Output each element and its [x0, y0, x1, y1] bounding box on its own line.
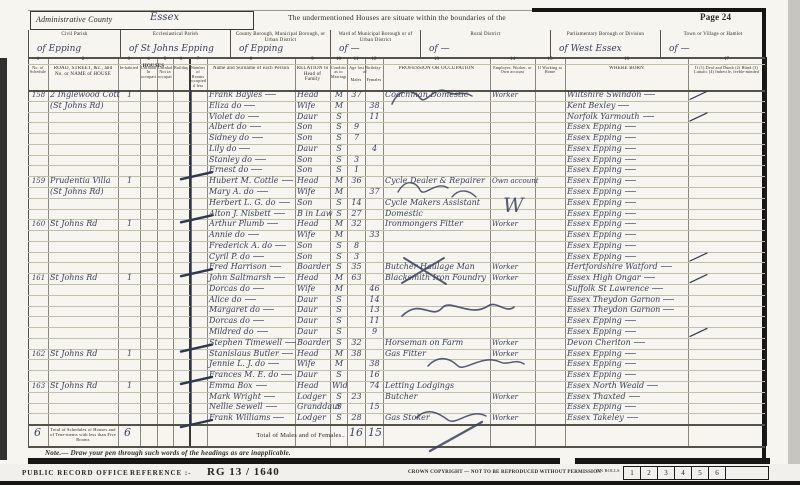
- column-number: 17: [688, 57, 765, 64]
- relation: Lodger: [297, 413, 329, 423]
- person-name: Cyril P. do: [209, 252, 294, 262]
- column-number: 14: [490, 57, 535, 64]
- relation: Daur: [297, 305, 329, 315]
- relation: Son: [297, 155, 329, 165]
- birthplace: Essex Epping: [567, 122, 687, 132]
- column-header: Number of Rooms occupied if less than Fi…: [190, 66, 206, 88]
- column-header: Condition as to Marriage: [331, 66, 346, 88]
- age-female: 9: [367, 327, 382, 337]
- occupation: Cycle Makers Assistant: [385, 198, 489, 208]
- occupation: Butcher: [385, 392, 489, 402]
- marital-condition: Wid: [332, 381, 346, 391]
- person-name: Hubert M. Cottle: [209, 176, 294, 186]
- table-row: Dorcas doDaurS11Essex Epping: [0, 316, 800, 327]
- column-header: Males: [348, 78, 364, 88]
- district-label: Rural District: [422, 32, 549, 38]
- marital-condition: S: [332, 165, 346, 175]
- person-name: Alice do: [209, 295, 294, 305]
- employer-status: Worker: [492, 90, 534, 100]
- age-female: 4: [367, 144, 382, 154]
- footer-on-rolls: ON ROLLS: [596, 468, 620, 473]
- relation: B in Law: [297, 209, 329, 219]
- relation: Daur: [297, 316, 329, 326]
- column-number: 6: [173, 57, 189, 64]
- address: St Johns Rd: [50, 273, 117, 283]
- district-value: of Epping: [239, 44, 283, 54]
- houses-inhabited: 1: [120, 381, 139, 391]
- district-value: of West Essex: [559, 44, 622, 54]
- birthplace: Essex Epping: [567, 230, 687, 240]
- column-number: 15: [535, 57, 565, 64]
- column-number: 4: [140, 57, 157, 64]
- district-label: Town or Village or Hamlet: [662, 32, 764, 38]
- occupation: Letting Lodgings: [385, 381, 489, 391]
- relation: Daur: [297, 112, 329, 122]
- employer-status: Worker: [492, 413, 534, 423]
- scan-bottom-edge: [0, 481, 800, 485]
- relation: Son: [297, 252, 329, 262]
- district-value: of —: [339, 44, 360, 54]
- birthplace: Essex Epping: [567, 155, 687, 165]
- table-row: 1582 Inglewood Cott1Frank BaylesHeadM37C…: [0, 90, 800, 101]
- person-name: Jennie L. J. do: [209, 359, 294, 369]
- district-box: Ecclesiastical Parish of St Johns Epping: [120, 30, 231, 57]
- relation: Son: [297, 198, 329, 208]
- district-box: Town or Village or Hamlet of —: [660, 30, 766, 57]
- houses-group-label: HOUSES: [118, 64, 189, 70]
- birthplace: Kent Bexley: [567, 101, 687, 111]
- column-header: RELATION to Head of Family: [296, 66, 329, 88]
- occupation: Butcher Haulage Man: [385, 262, 489, 272]
- relation: Wife: [297, 359, 329, 369]
- houses-inhabited: 1: [120, 219, 139, 229]
- age-female: 38: [367, 101, 382, 111]
- birthplace: Essex Theydon Garnon: [567, 295, 687, 305]
- table-row: Jennie L. J. doWifeM38Essex Epping: [0, 359, 800, 370]
- employer-status: Worker: [492, 273, 534, 283]
- district-label: Ecclesiastical Parish: [122, 32, 229, 38]
- relation: Boarder: [297, 262, 329, 272]
- person-name: Mary A. do: [209, 187, 294, 197]
- relation: Daur: [297, 295, 329, 305]
- occupation: Domestic: [385, 209, 489, 219]
- person-name: Stephen Timewell: [209, 338, 294, 348]
- age-female: 14: [367, 295, 382, 305]
- total-males-females-label: Total of Males and of Females..: [210, 432, 345, 439]
- relation: Head: [297, 349, 329, 359]
- birthplace: Wiltshire Swindon: [567, 90, 687, 100]
- employer-status: Own account: [492, 176, 534, 186]
- person-name: Alton J. Nisbett: [209, 209, 294, 219]
- marital-condition: S: [332, 305, 346, 315]
- district-value: of St Johns Epping: [129, 44, 214, 54]
- marital-condition: M: [332, 273, 346, 283]
- table-row: Herbert L. G. doSonS14Cycle Makers Assis…: [0, 198, 800, 209]
- marital-condition: M: [332, 101, 346, 111]
- schedule-number: 159: [30, 176, 47, 186]
- birthplace: Essex Epping: [567, 176, 687, 186]
- relation: Wife: [297, 187, 329, 197]
- person-name: Frank Bayles: [209, 90, 294, 100]
- age-female: 46: [367, 284, 382, 294]
- roll-number-cell: [725, 466, 769, 480]
- table-row: Cyril P. doSonS3Essex Epping: [0, 252, 800, 263]
- marital-condition: S: [332, 155, 346, 165]
- table-row: Frederick A. doSonS8Essex Epping: [0, 241, 800, 252]
- person-name: Nellie Sewell: [209, 402, 294, 412]
- table-row: Stephen TimewellBoarderS32Horseman on Fa…: [0, 338, 800, 349]
- age-female: 37: [367, 187, 382, 197]
- marital-condition: M: [332, 349, 346, 359]
- person-name: John Saltmarsh: [209, 273, 294, 283]
- relation: Head: [297, 381, 329, 391]
- district-box: Parliamentary Borough or Division of Wes…: [550, 30, 661, 57]
- occupation: Gas Stoker: [385, 413, 489, 423]
- birthplace: Essex Epping: [567, 316, 687, 326]
- person-name: Mildred do: [209, 327, 294, 337]
- district-box: Rural District of —: [420, 30, 551, 57]
- census-scan-page: { "page_header": { "admin_county_label":…: [0, 0, 800, 485]
- column-header: No. of Schedule: [29, 66, 47, 88]
- age-male: 14: [349, 198, 364, 208]
- marital-condition: S: [332, 133, 346, 143]
- column-header: ROAD, STREET, &c., and No. or NAME of HO…: [49, 66, 117, 88]
- table-row: Fred HarrisonBoarderS35Butcher Haulage M…: [0, 262, 800, 273]
- marital-condition: S: [332, 112, 346, 122]
- age-male: 27: [349, 209, 364, 219]
- marital-condition: S: [332, 402, 346, 412]
- marital-condition: S: [332, 144, 346, 154]
- houses-inhabited: 1: [120, 273, 139, 283]
- column-header: Name and Surname of each Person: [208, 66, 294, 88]
- address: St Johns Rd: [50, 381, 117, 391]
- marital-condition: S: [332, 262, 346, 272]
- rule-line: [28, 424, 765, 426]
- column-number: 7: [189, 57, 207, 64]
- age-female: 74: [367, 381, 382, 391]
- marital-condition: M: [332, 187, 346, 197]
- table-row: 161St Johns Rd1John SaltmarshHeadM63Blac…: [0, 273, 800, 284]
- age-male: 35: [349, 262, 364, 272]
- occupation: Gas Fitter: [385, 349, 489, 359]
- total-males-value: 16: [349, 428, 363, 438]
- person-name: Margaret do: [209, 305, 294, 315]
- birthplace: Essex Epping: [567, 252, 687, 262]
- birthplace: Essex Epping: [567, 219, 687, 229]
- column-number: 5: [157, 57, 173, 64]
- age-female: 38: [367, 359, 382, 369]
- person-name: Stanislaus Butler: [209, 349, 294, 359]
- marital-condition: S: [332, 295, 346, 305]
- district-label: Ward of Municipal Borough or of Urban Di…: [332, 32, 419, 43]
- employer-status: Worker: [492, 349, 534, 359]
- marital-condition: S: [332, 209, 346, 219]
- column-header: PROFESSION OR OCCUPATION: [384, 66, 489, 88]
- column-number: 9: [295, 57, 330, 64]
- person-name: Herbert L. G. do: [209, 198, 294, 208]
- person-name: Dorcas do: [209, 284, 294, 294]
- age-male: 7: [349, 133, 364, 143]
- birthplace: Hertfordshire Watford: [567, 262, 687, 272]
- person-name: Stanley do: [209, 155, 294, 165]
- district-label: Parliamentary Borough or Division: [552, 32, 659, 38]
- table-row: (St Johns Rd)Eliza doWifeM38Kent Bexley: [0, 101, 800, 112]
- address: St Johns Rd: [50, 219, 117, 229]
- houses-inhabited: 1: [120, 176, 139, 186]
- table-row: Sidney doSonS7Essex Epping: [0, 133, 800, 144]
- table-row: Alton J. NisbettB in LawS27DomesticEssex…: [0, 209, 800, 220]
- occupation: Horseman on Farm: [385, 338, 489, 348]
- person-name: Frank Williams: [209, 413, 294, 423]
- column-number: 16: [565, 57, 688, 64]
- address: St Johns Rd: [50, 349, 117, 359]
- age-female: 16: [367, 370, 382, 380]
- roll-number-cell: 3: [657, 466, 675, 480]
- person-name: Annie do: [209, 230, 294, 240]
- address: (St Johns Rd): [50, 187, 117, 197]
- birthplace: Essex Epping: [567, 359, 687, 369]
- microfilm-footer: PUBLIC RECORD OFFICE REFERENCE :- RG 13 …: [0, 464, 800, 481]
- houses-inhabited: 1: [120, 349, 139, 359]
- form-note: Note.— Draw your pen through such words …: [45, 449, 291, 457]
- relation: Head: [297, 90, 329, 100]
- marital-condition: S: [332, 370, 346, 380]
- table-row: Frank WilliamsLodgerS28Gas StokerWorkerE…: [0, 413, 800, 424]
- relation: Daur: [297, 370, 329, 380]
- footer-reference: RG 13 / 1640: [207, 466, 280, 478]
- marital-condition: M: [332, 90, 346, 100]
- column-number: 12: [365, 57, 383, 64]
- marital-condition: S: [332, 198, 346, 208]
- person-name: Frances M. E. do: [209, 370, 294, 380]
- age-female: 33: [367, 230, 382, 240]
- district-label: County Borough, Municipal Borough, or Ur…: [232, 32, 329, 43]
- birthplace: Suffolk St Lawrence: [567, 284, 687, 294]
- birthplace: Essex Epping: [567, 209, 687, 219]
- footer-reference-label: REFERENCE :-: [130, 469, 192, 477]
- age-male: 32: [349, 219, 364, 229]
- relation: Daur: [297, 144, 329, 154]
- person-name: Sidney do: [209, 133, 294, 143]
- table-row: Mildred doDaurS9Essex Epping: [0, 327, 800, 338]
- relation: Head: [297, 273, 329, 283]
- age-male: 32: [349, 338, 364, 348]
- occupation: Coachman Domestic: [385, 90, 489, 100]
- birthplace: Essex Epping: [567, 349, 687, 359]
- column-number: 8: [207, 57, 295, 64]
- occupation: Blacksmith Iron Foundry: [385, 273, 489, 283]
- age-male: 28: [349, 413, 364, 423]
- roll-number-cell: 6: [708, 466, 726, 480]
- column-header: If (1) Deaf and Dumb (2) Blind (3) Lunat…: [689, 66, 764, 88]
- marital-condition: S: [332, 316, 346, 326]
- column-header: Females: [366, 78, 382, 88]
- table-row: Albert doSonS9Essex Epping: [0, 122, 800, 133]
- district-box: Civil Parish of Epping: [28, 30, 121, 57]
- relation: Wife: [297, 284, 329, 294]
- marital-condition: S: [332, 252, 346, 262]
- birthplace: Essex Theydon Garnon: [567, 305, 687, 315]
- birthplace: Essex Epping: [567, 187, 687, 197]
- column-number: 2: [48, 57, 118, 64]
- person-name: Frederick A. do: [209, 241, 294, 251]
- district-box: County Borough, Municipal Borough, or Ur…: [230, 30, 331, 57]
- undermentioned-text: The undermentioned Houses are situate wi…: [288, 13, 506, 22]
- column-number: 13: [383, 57, 490, 64]
- occupation: Cycle Dealer & Repairer: [385, 176, 489, 186]
- marital-condition: M: [332, 219, 346, 229]
- address: Prudentia Villa: [50, 176, 117, 186]
- employer-status: Worker: [492, 262, 534, 272]
- birthplace: Essex High Ongar: [567, 273, 687, 283]
- roll-number-cell: 2: [640, 466, 658, 480]
- table-row: Alice doDaurS14Essex Theydon Garnon: [0, 295, 800, 306]
- table-row: (St Johns Rd)Mary A. doWifeM37Essex Eppi…: [0, 187, 800, 198]
- relation: Daur: [297, 327, 329, 337]
- column-number: 11: [347, 57, 365, 64]
- schedule-number: 163: [30, 381, 47, 391]
- person-name: Violet do: [209, 112, 294, 122]
- district-value: of —: [429, 44, 450, 54]
- marital-condition: S: [332, 392, 346, 402]
- employer-status: Worker: [492, 338, 534, 348]
- age-female: 11: [367, 112, 382, 122]
- birthplace: Essex Epping: [567, 133, 687, 143]
- address: (St Johns Rd): [50, 101, 117, 111]
- age-male: 9: [349, 122, 364, 132]
- birthplace: Essex Takeley: [567, 413, 687, 423]
- column-header: WHERE BORN: [566, 66, 687, 88]
- birthplace: Essex Epping: [567, 198, 687, 208]
- column-number: 10: [330, 57, 347, 64]
- column-header: If Working at Home: [536, 66, 564, 88]
- table-row: 162St Johns Rd1Stanislaus ButlerHeadM38G…: [0, 349, 800, 360]
- person-name: Fred Harrison: [209, 262, 294, 272]
- table-row: 160St Johns Rd1Arthur PlumbHeadM32Ironmo…: [0, 219, 800, 230]
- admin-county-value: Essex: [150, 13, 179, 23]
- age-male: 3: [349, 252, 364, 262]
- person-name: Ernest do: [209, 165, 294, 175]
- schedule-number: 158: [30, 90, 47, 100]
- employer-status: Worker: [492, 219, 534, 229]
- age-male: 36: [349, 176, 364, 186]
- age-male: 63: [349, 273, 364, 283]
- person-name: Arthur Plumb: [209, 219, 294, 229]
- age-male: 37: [349, 90, 364, 100]
- age-group-label: Age last Birthday of: [347, 66, 383, 75]
- page-number: Page 24: [700, 12, 731, 22]
- table-row: Violet doDaurS11Norfolk Yarmouth: [0, 112, 800, 123]
- person-name: Mark Wright: [209, 392, 294, 402]
- birthplace: Essex North Weald: [567, 381, 687, 391]
- birthplace: Norfolk Yarmouth: [567, 112, 687, 122]
- table-row: 159Prudentia Villa1Hubert M. CottleHeadM…: [0, 176, 800, 187]
- marital-condition: S: [332, 338, 346, 348]
- houses-inhabited: 1: [120, 90, 139, 100]
- table-row: Frances M. E. doDaurS16Essex Epping: [0, 370, 800, 381]
- marital-condition: S: [332, 241, 346, 251]
- relation: Son: [297, 165, 329, 175]
- marital-condition: S: [332, 327, 346, 337]
- age-female: 13: [367, 305, 382, 315]
- age-male: 8: [349, 241, 364, 251]
- relation: Son: [297, 133, 329, 143]
- relation: Head: [297, 176, 329, 186]
- roll-number-cell: 5: [691, 466, 709, 480]
- birthplace: Essex Epping: [567, 327, 687, 337]
- age-female: 15: [367, 402, 382, 412]
- roll-number-cell: 4: [674, 466, 692, 480]
- district-box: Ward of Municipal Borough or of Urban Di…: [330, 30, 421, 57]
- table-row: Stanley doSonS3Essex Epping: [0, 155, 800, 166]
- person-name: Lily do: [209, 144, 294, 154]
- table-row: Nellie SewellGranddaurS15Essex Epping: [0, 402, 800, 413]
- marital-condition: M: [332, 176, 346, 186]
- occupation: Ironmongers Fitter: [385, 219, 489, 229]
- district-label: Civil Parish: [30, 32, 119, 38]
- marital-condition: S: [332, 122, 346, 132]
- age-male: 23: [349, 392, 364, 402]
- table-row: Dorcas doWifeM46Suffolk St Lawrence: [0, 284, 800, 295]
- column-header: Employer, Worker, or Own account: [491, 66, 534, 88]
- birthplace: Essex Epping: [567, 370, 687, 380]
- address: 2 Inglewood Cott: [50, 90, 117, 100]
- relation: Lodger: [297, 392, 329, 402]
- table-row: Mark WrightLodgerS23ButcherWorkerEssex T…: [0, 392, 800, 403]
- birthplace: Essex Thaxted: [567, 392, 687, 402]
- district-value: of —: [669, 44, 690, 54]
- total-females-value: 15: [368, 428, 382, 438]
- birthplace: Essex Epping: [567, 144, 687, 154]
- marital-condition: M: [332, 230, 346, 240]
- total-schedules-label: Total of Schedules of Houses and of Tene…: [50, 427, 116, 442]
- roll-number-cell: 1: [623, 466, 641, 480]
- person-name: Albert do: [209, 122, 294, 132]
- age-male: 3: [349, 155, 364, 165]
- relation: Granddaur: [297, 402, 329, 412]
- age-male: 38: [349, 349, 364, 359]
- birthplace: Essex Epping: [567, 402, 687, 412]
- admin-county-label: Administrative County: [36, 15, 112, 24]
- relation: Son: [297, 122, 329, 132]
- marital-condition: S: [332, 413, 346, 423]
- relation: Son: [297, 241, 329, 251]
- relation: Wife: [297, 101, 329, 111]
- birthplace: Essex Epping: [567, 165, 687, 175]
- footer-copyright: CROWN COPYRIGHT — NOT TO BE REPRODUCED W…: [408, 470, 601, 475]
- birthplace: Essex Epping: [567, 241, 687, 251]
- schedule-number: 160: [30, 219, 47, 229]
- footer-office: PUBLIC RECORD OFFICE: [22, 469, 129, 477]
- marital-condition: M: [332, 359, 346, 369]
- rule-line: [28, 446, 765, 448]
- column-number: 3: [118, 57, 140, 64]
- person-name: Emma Box: [209, 381, 294, 391]
- table-row: Margaret doDaurS13Essex Theydon Garnon: [0, 305, 800, 316]
- relation: Wife: [297, 230, 329, 240]
- schedule-number: 162: [30, 349, 47, 359]
- employer-status: Worker: [492, 392, 534, 402]
- age-female: 11: [367, 316, 382, 326]
- relation: Boarder: [297, 338, 329, 348]
- table-row: 163St Johns Rd1Emma BoxHeadWid74Letting …: [0, 381, 800, 392]
- age-male: 1: [349, 165, 364, 175]
- relation: Head: [297, 219, 329, 229]
- schedule-number: 161: [30, 273, 47, 283]
- person-name: Eliza do: [209, 101, 294, 111]
- district-value: of Epping: [37, 44, 81, 54]
- table-row: Ernest doSonS1Essex Epping: [0, 165, 800, 176]
